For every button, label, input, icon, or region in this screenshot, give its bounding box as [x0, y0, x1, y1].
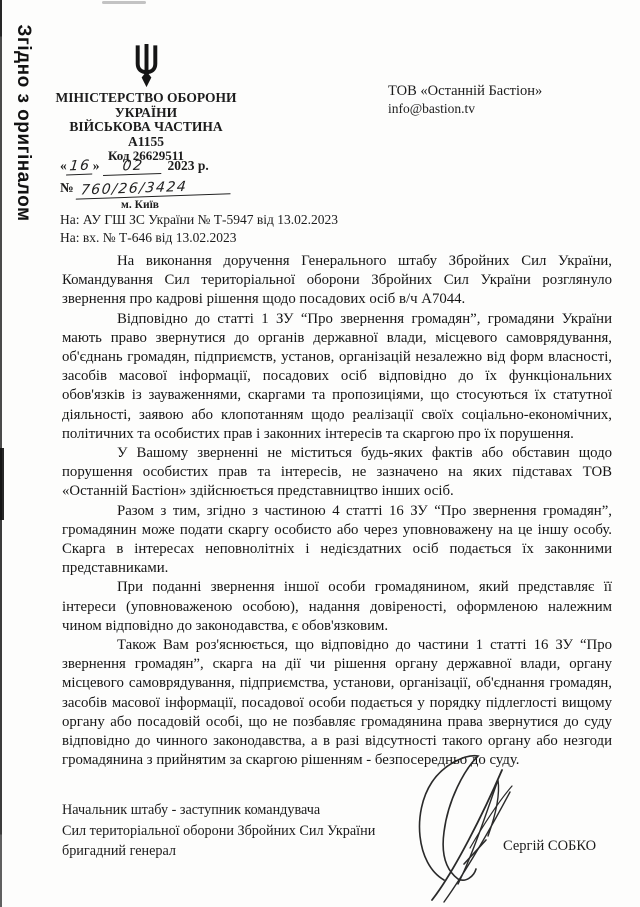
close-quote: »	[93, 158, 100, 173]
ministry-line1: МІНІСТЕРСТВО ОБОРОНИ	[53, 91, 239, 106]
letter-body: На виконання доручення Генерального штаб…	[62, 252, 612, 770]
recipient-name: ТОВ «Останній Бастіон»	[388, 82, 542, 100]
handwritten-day: 16	[66, 158, 94, 176]
body-paragraph: Разом з тим, згідно з частиною 4 статті …	[62, 502, 612, 579]
recipient-block: ТОВ «Останній Бастіон» info@bastion.tv	[388, 82, 542, 117]
number-line: № 760/26/3424	[60, 180, 270, 197]
city-label: м. Київ	[60, 199, 220, 211]
scan-artifact-smudge	[102, 1, 146, 4]
body-paragraph: У Вашому зверненні не міститься будь-яки…	[62, 444, 612, 502]
date-line: «16»022023 р.	[60, 158, 270, 175]
body-paragraph: На виконання доручення Генерального штаб…	[62, 252, 612, 310]
reference-line: На: АУ ГШ ЗС України № Т-5947 від 13.02.…	[60, 211, 338, 229]
number-sign: №	[60, 180, 74, 195]
ukraine-trident-icon	[133, 44, 160, 88]
body-paragraph: Відповідно до статті 1 ЗУ “Про звернення…	[62, 310, 612, 444]
body-paragraph: При поданні звернення іншої особи громад…	[62, 578, 612, 636]
unit-number: А1155	[53, 135, 239, 150]
certified-copy-stamp: Згідно з оригіналом	[8, 12, 34, 234]
military-unit-line: ВІЙСЬКОВА ЧАСТИНА	[53, 120, 239, 135]
body-paragraph: Також Вам роз'яснюється, що відповідно д…	[62, 636, 612, 770]
recipient-email: info@bastion.tv	[388, 100, 542, 117]
reference-lines: На: АУ ГШ ЗС України № Т-5947 від 13.02.…	[60, 211, 338, 246]
scanned-letter-page: Згідно з оригіналом МІНІСТЕРСТВО ОБОРОНИ…	[0, 0, 640, 907]
signer-title-line: Сил територіальної оборони Збройних Сил …	[62, 821, 375, 842]
signer-name: Сергій СОБКО	[503, 838, 596, 855]
handwritten-month: 02	[102, 157, 162, 176]
date-number-block: «16»022023 р. № 760/26/3424 м. Київ	[60, 158, 270, 211]
year-label: 2023 р.	[168, 158, 209, 173]
reference-line: На: вх. № Т-646 від 13.02.2023	[60, 229, 338, 247]
ministry-line2: УКРАЇНИ	[53, 106, 239, 121]
signer-title-line: Начальник штабу - заступник командувача	[62, 800, 375, 821]
handwritten-signature-icon	[414, 752, 534, 904]
letterhead: МІНІСТЕРСТВО ОБОРОНИ УКРАЇНИ ВІЙСЬКОВА Ч…	[53, 44, 239, 164]
signer-title-block: Начальник штабу - заступник командувача …	[62, 800, 375, 862]
signer-title-line: бригадний генерал	[62, 841, 375, 862]
handwritten-outgoing-number: 760/26/3424	[76, 177, 232, 199]
scan-edge-notch	[0, 448, 4, 520]
